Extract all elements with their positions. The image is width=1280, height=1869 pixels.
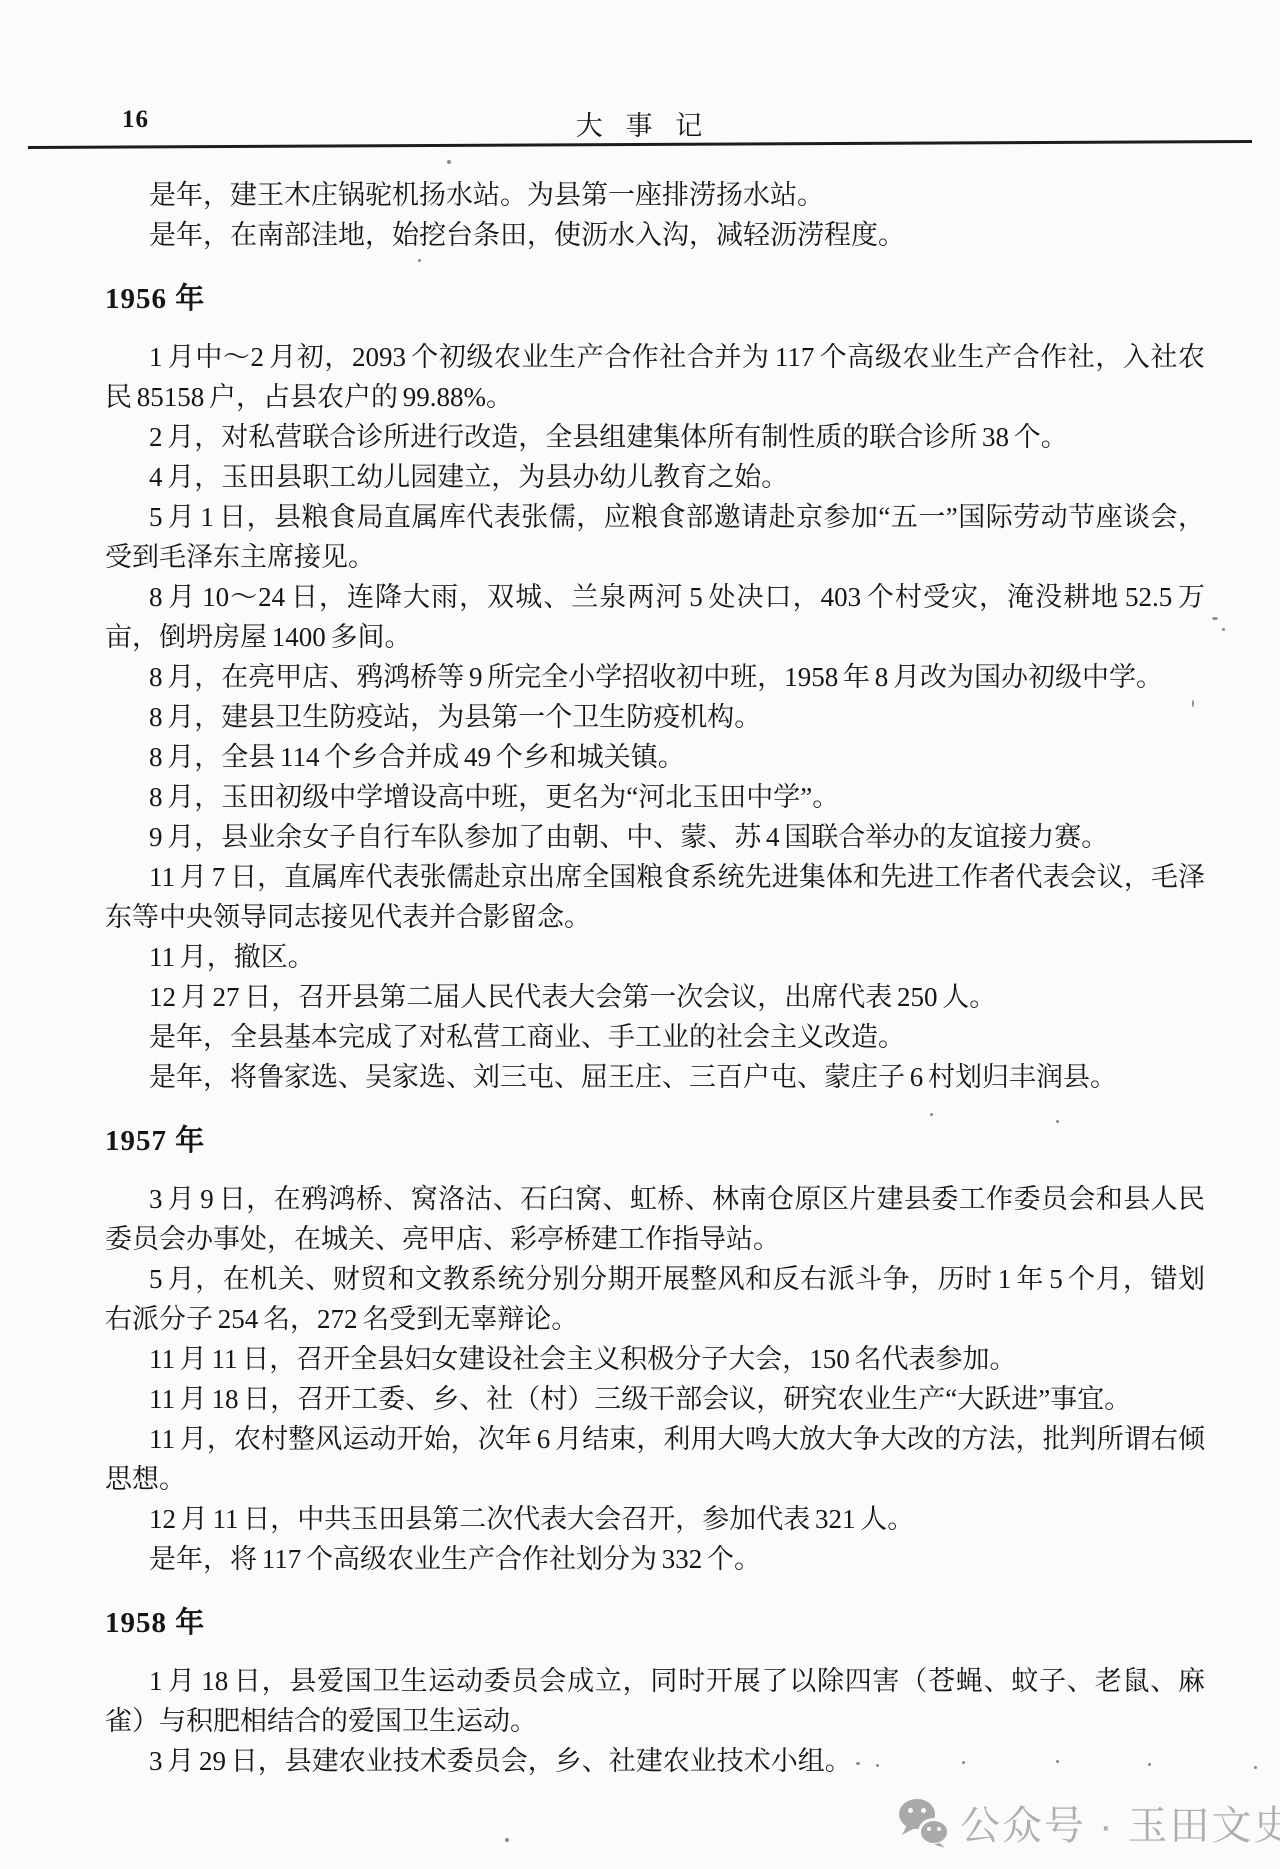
- entry-paragraph: 12 月 27 日，召开县第二届人民代表大会第一次会议，出席代表 250 人。: [105, 977, 1205, 1017]
- scan-speck: [447, 160, 451, 164]
- year-heading-1957: 1957 年: [105, 1121, 1205, 1161]
- scan-speck: [1212, 617, 1218, 620]
- entry-paragraph: 11 月 7 日，直属库代表张儒赴京出席全国粮食系统先进集体和先进工作者代表会议…: [105, 857, 1205, 937]
- year-heading-1958: 1958 年: [105, 1603, 1205, 1643]
- scanned-page: 16 大 事 记 是年，建王木庄锅驼机扬水站。为县第一座排涝扬水站。 是年，在南…: [0, 0, 1280, 1869]
- entry-paragraph: 11 月，撤区。: [105, 937, 1205, 977]
- entry-paragraph: 3 月 9 日，在鸦鸿桥、窝洛沽、石臼窝、虹桥、林南仓原区片建县委工作委员会和县…: [105, 1179, 1205, 1259]
- page-number: 16: [122, 106, 149, 134]
- page-title: 大 事 记: [576, 104, 705, 143]
- scan-speck: [1148, 1763, 1151, 1766]
- entry-paragraph: 8 月，建县卫生防疫站，为县第一个卫生防疫机构。: [105, 697, 1205, 737]
- scan-speck: [856, 1762, 860, 1765]
- entry-paragraph: 5 月，在机关、财贸和文教系统分别分期开展整风和反右派斗争，历时 1 年 5 个…: [105, 1259, 1205, 1339]
- document-body: 是年，建王木庄锅驼机扬水站。为县第一座排涝扬水站。 是年，在南部洼地，始挖台条田…: [105, 175, 1205, 1781]
- entry-paragraph: 8 月，玉田初级中学增设高中班，更名为“河北玉田中学”。: [105, 777, 1205, 817]
- entry-paragraph: 1 月中～2 月初，2093 个初级农业生产合作社合并为 117 个高级农业生产…: [105, 337, 1205, 417]
- entry-paragraph: 11 月 18 日，召开工委、乡、社（村）三级干部会议，研究农业生产“大跃进”事…: [105, 1379, 1205, 1419]
- entry-paragraph: 12 月 11 日，中共玉田县第二次代表大会召开，参加代表 321 人。: [105, 1499, 1205, 1539]
- entry-paragraph: 是年，在南部洼地，始挖台条田，使沥水入沟，减轻沥涝程度。: [105, 215, 1205, 255]
- entry-paragraph: 是年，全县基本完成了对私营工商业、手工业的社会主义改造。: [105, 1017, 1205, 1057]
- entry-paragraph: 8 月，在亮甲店、鸦鸿桥等 9 所完全小学招收初中班，1958 年 8 月改为国…: [105, 657, 1205, 697]
- entry-paragraph: 是年，将鲁家选、吴家选、刘三屯、屈王庄、三百户屯、蒙庄子 6 村划归丰润县。: [105, 1057, 1205, 1097]
- entry-paragraph: 11 月 11 日，召开全县妇女建设社会主义积极分子大会，150 名代表参加。: [105, 1339, 1205, 1379]
- entry-paragraph: 4 月，玉田县职工幼儿园建立，为县办幼儿教育之始。: [105, 457, 1205, 497]
- scan-speck: [1056, 1120, 1059, 1123]
- entry-paragraph: 8 月，全县 114 个乡合并成 49 个乡和城关镇。: [105, 737, 1205, 777]
- scan-speck: [505, 1838, 509, 1842]
- watermark-text: 公众号 · 玉田文史: [960, 1794, 1280, 1851]
- entry-paragraph: 1 月 18 日，县爱国卫生运动委员会成立，同时开展了以除四害（苍蝇、蚊子、老鼠…: [105, 1661, 1205, 1741]
- scan-speck: [1254, 1766, 1257, 1769]
- entry-paragraph: 11 月，农村整风运动开始，次年 6 月结束，利用大鸣大放大争大改的方法，批判所…: [105, 1419, 1205, 1499]
- entry-paragraph: 是年，将 117 个高级农业生产合作社划分为 332 个。: [105, 1539, 1205, 1579]
- wechat-icon: [898, 1798, 950, 1848]
- entry-paragraph: 9 月，县业余女子自行车队参加了由朝、中、蒙、苏 4 国联合举办的友谊接力赛。: [105, 817, 1205, 857]
- scan-speck: [1056, 1760, 1059, 1763]
- watermark: 公众号 · 玉田文史: [898, 1794, 1280, 1851]
- scan-speck: [930, 1113, 933, 1116]
- scan-speck: [418, 259, 421, 262]
- page-header: 16 大 事 记: [0, 102, 1280, 142]
- scan-speck: [962, 1761, 965, 1764]
- year-heading-1956: 1956 年: [105, 279, 1205, 319]
- entry-paragraph: 8 月 10～24 日，连降大雨，双城、兰泉两河 5 处决口，403 个村受灾，…: [105, 577, 1205, 657]
- entry-paragraph: 是年，建王木庄锅驼机扬水站。为县第一座排涝扬水站。: [105, 175, 1205, 215]
- scan-speck: [1222, 628, 1225, 631]
- entry-paragraph: 3 月 29 日，县建农业技术委员会，乡、社建农业技术小组。: [105, 1741, 1205, 1781]
- entry-paragraph: 5 月 1 日，县粮食局直属库代表张儒，应粮食部邀请赴京参加“五一”国际劳动节座…: [105, 497, 1205, 577]
- scan-speck: [876, 1764, 879, 1767]
- entry-paragraph: 2 月，对私营联合诊所进行改造，全县组建集体所有制性质的联合诊所 38 个。: [105, 417, 1205, 457]
- scan-speck: [1192, 700, 1194, 707]
